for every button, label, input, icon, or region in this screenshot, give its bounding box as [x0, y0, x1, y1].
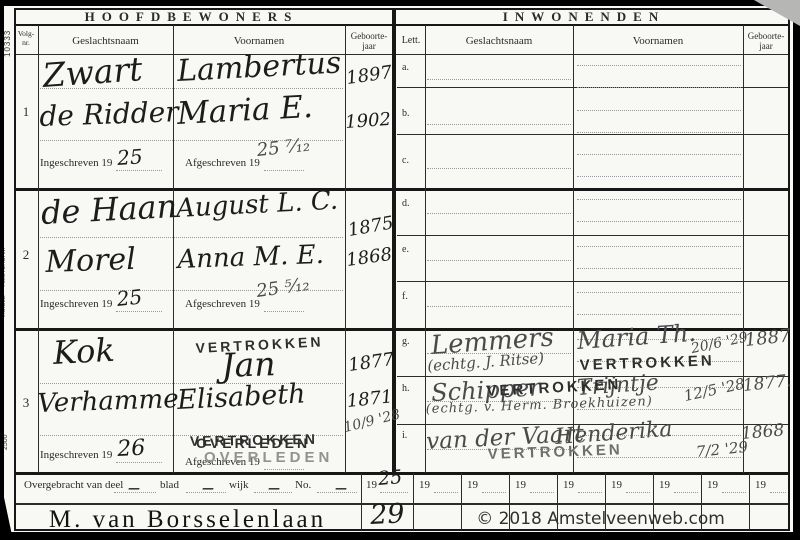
col-header-geslachtsnaam-left: Geslachtsnaam — [38, 35, 173, 48]
dotted-line — [577, 176, 741, 177]
margin-code-top: 10333 — [3, 12, 12, 57]
letter-label: e. — [402, 244, 409, 255]
year-cell: 19 — [659, 479, 670, 491]
wijk-label: wijk — [229, 479, 249, 491]
dotted-line — [40, 237, 343, 238]
rule — [397, 134, 788, 135]
hw-geboortejaar: 1877. — [742, 371, 792, 396]
dotted-line — [577, 110, 741, 111]
document-paper: HOOFDBEWONERS INWONENDEN Volg-nr. Geslac… — [0, 0, 800, 540]
letter-label: b. — [402, 108, 410, 119]
afgeschreven-label: Afgeschreven 19 — [185, 298, 260, 310]
scan-border-right — [793, 0, 800, 540]
hw-voornamen: Maria Th. — [576, 319, 697, 355]
afgeschreven-label: Afgeschreven 19 — [185, 157, 260, 169]
scan-border-top — [0, 0, 800, 6]
rule — [788, 8, 790, 531]
col-header-geslachtsnaam-right: Geslachtsnaam — [425, 35, 573, 48]
year-cell: 19 — [563, 479, 574, 491]
letter-label: f. — [402, 291, 408, 302]
dotted-line — [116, 311, 162, 312]
dotted-line — [427, 79, 571, 80]
hw-house-number: 29 — [369, 498, 405, 531]
hw-voornamen: Anna M. E. — [177, 240, 324, 275]
dotted-line — [626, 492, 650, 493]
no-dash: — — [335, 481, 347, 495]
dotted-line — [577, 246, 741, 247]
dotted-line — [674, 492, 698, 493]
hw-geboortejaar: 1871 — [346, 386, 394, 412]
dotted-line — [264, 170, 304, 171]
hw-geboortejaar: 1868 — [740, 420, 785, 444]
row-number: 3 — [14, 396, 38, 411]
dotted-line — [530, 492, 554, 493]
scan-border-left — [0, 0, 4, 540]
dotted-line — [264, 469, 304, 470]
dotted-line — [577, 65, 741, 66]
dotted-line — [722, 492, 746, 493]
dotted-line — [577, 199, 741, 200]
letter-label: i. — [402, 430, 407, 441]
hw-voornamen: Jan — [221, 344, 276, 385]
letter-label: g. — [402, 336, 410, 347]
scan-border-bottom — [0, 532, 800, 540]
hw-geslachtsnaam: de Haan — [40, 187, 178, 232]
letter-label: c. — [402, 155, 409, 166]
dotted-line — [427, 213, 571, 214]
rule — [397, 281, 788, 282]
watermark: © 2018 Amstelveenweb.com — [413, 509, 788, 529]
hw-afgeschreven: 25 ⁷⁄₁₂ — [256, 135, 311, 161]
hw-voornamen: August L. C. — [175, 186, 338, 224]
hw-voornamen: Elisabeth — [176, 378, 306, 416]
hw-afgeschreven: 25 ⁵⁄₁₂ — [255, 274, 311, 302]
dotted-line — [482, 492, 506, 493]
year-cell: 19 — [515, 479, 526, 491]
hw-ingeschreven: 25 — [116, 144, 143, 170]
hw-datum: 20/6 '29 — [690, 329, 750, 357]
hw-geslachtsnaam: de Ridder — [39, 95, 179, 133]
dotted-line — [264, 311, 304, 312]
hw-geboortejaar: 1887 — [744, 325, 792, 351]
year-cell: 19 — [419, 479, 430, 491]
dotted-line — [577, 292, 741, 293]
year-cell: 19 — [755, 479, 766, 491]
letter-label: a. — [402, 62, 409, 73]
hw-geslachtsnaam: Morel — [45, 242, 137, 280]
overgebracht-label: Overgebracht van deel — [24, 479, 123, 491]
overleden-stamp-grey: OVERLEDEN — [204, 449, 333, 466]
vertrokken-stamp: VERTROKKEN — [190, 431, 318, 449]
col-header-lett: Lett. — [397, 35, 425, 47]
dotted-line — [577, 132, 741, 133]
col-header-voornamen-right: Voornamen — [573, 35, 743, 48]
year-cell: 19 — [611, 479, 622, 491]
dotted-line — [427, 168, 571, 169]
deel-dash: — — [128, 481, 140, 495]
letter-label: h. — [402, 383, 410, 394]
dotted-line — [380, 492, 408, 493]
hw-year-value: 25 — [377, 466, 403, 490]
hw-geslachtsnaam: Verhamme — [37, 384, 179, 419]
dotted-line — [577, 314, 741, 315]
dotted-line — [427, 306, 571, 307]
blad-dash: — — [202, 481, 214, 495]
dotted-line — [577, 87, 741, 88]
street-name: M. van Borsselenlaan — [14, 506, 361, 535]
wijk-dash: — — [268, 481, 280, 495]
dotted-line — [770, 492, 786, 493]
year-prefix: 19 — [366, 479, 377, 491]
hw-voornamen: Lambertus — [176, 45, 342, 89]
hw-voornamen: Maria E. — [176, 89, 313, 132]
scanned-register-page: HOOFDBEWONERS INWONENDEN Volg-nr. Geslac… — [0, 0, 800, 540]
rule — [397, 235, 788, 236]
dotted-line — [577, 221, 741, 222]
col-header-volgnr: Volg-nr. — [14, 30, 38, 47]
hw-geboortejaar: 1868 — [345, 244, 393, 271]
col-header-geboortejaar-right: Geboorte-jaar — [743, 31, 789, 52]
hw-datum: 12/5 '28 — [682, 375, 746, 405]
hw-geboortejaar: 1877 — [347, 349, 395, 376]
vertrokken-stamp-grey: VERTROKKEN — [487, 441, 623, 463]
hw-geboortejaar: 1897 — [345, 62, 393, 89]
rule — [361, 473, 362, 530]
ingeschreven-label: Ingeschreven 19 — [40, 157, 112, 169]
row-number: 1 — [14, 105, 38, 120]
dotted-line — [116, 170, 162, 171]
letter-label: d. — [402, 198, 410, 209]
hw-geslachtsnaam: Zwart — [41, 49, 143, 95]
no-label: No. — [295, 479, 311, 491]
dotted-line — [577, 268, 741, 269]
dotted-line — [578, 492, 602, 493]
dotted-line — [434, 492, 458, 493]
ingeschreven-label: Ingeschreven 19 — [40, 449, 112, 461]
hw-geboortejaar: 1875 — [346, 212, 395, 241]
hw-geboortejaar: 1902 — [345, 109, 392, 133]
col-header-geboortejaar-left: Geboorte-jaar — [345, 31, 393, 52]
hw-ingeschreven: 25 — [115, 284, 143, 311]
dotted-line — [116, 462, 162, 463]
hw-ingeschreven: 26 — [117, 436, 146, 462]
hw-geslachtsnaam: Kok — [52, 331, 116, 372]
year-cell: 19 — [467, 479, 478, 491]
dotted-line — [427, 124, 571, 125]
rule — [14, 8, 16, 531]
blad-label: blad — [160, 479, 179, 491]
left-section-title: HOOFDBEWONERS — [38, 10, 345, 25]
dotted-line — [577, 154, 741, 155]
rule — [743, 25, 744, 473]
row-number: 2 — [14, 248, 38, 263]
year-cell: 19 — [707, 479, 718, 491]
ingeschreven-label: Ingeschreven 19 — [40, 298, 112, 310]
right-section-title: INWONENDEN — [425, 10, 743, 25]
dotted-line — [427, 260, 571, 261]
